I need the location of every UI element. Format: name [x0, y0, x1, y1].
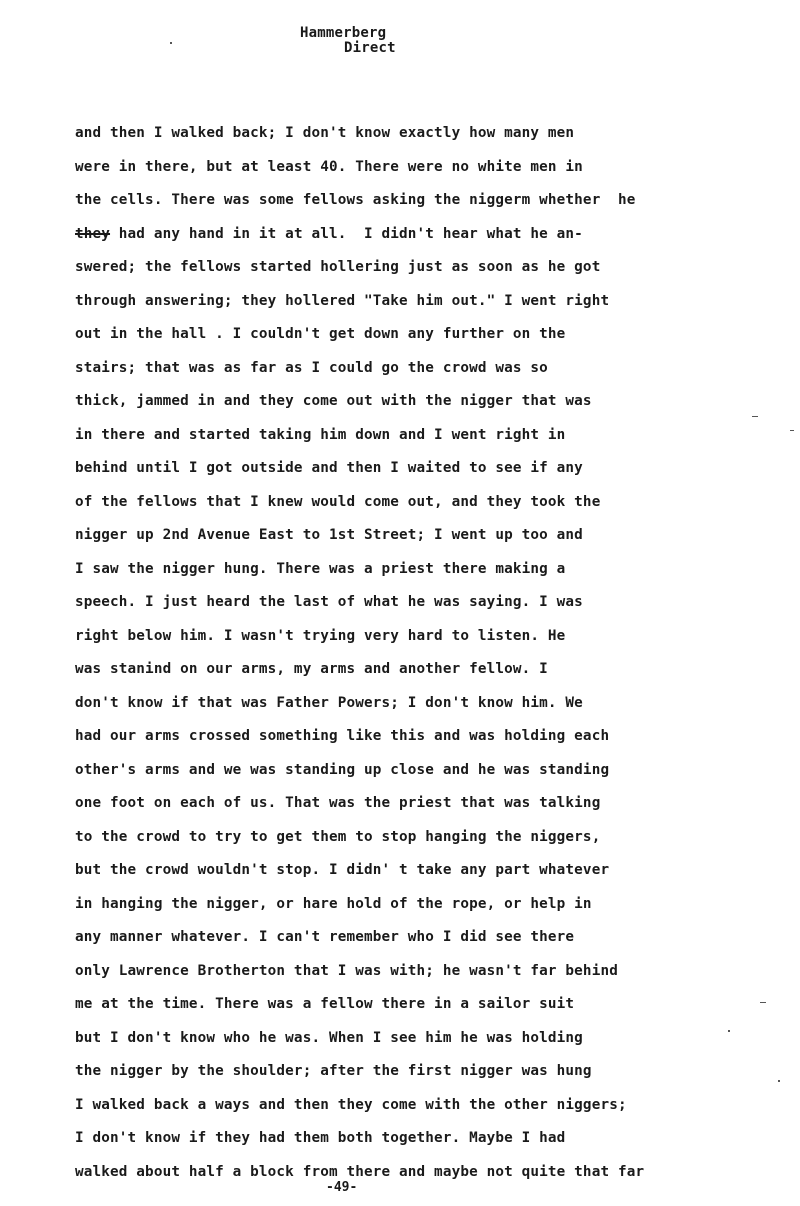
text-line: don't know if that was Father Powers; I … — [75, 693, 795, 727]
text-line: of the fellows that I knew would come ou… — [75, 492, 795, 526]
text-line: the cells. There was some fellows asking… — [75, 190, 795, 224]
text-line: I walked back a ways and then they come … — [75, 1095, 795, 1129]
witness-name: Hammerberg — [300, 25, 386, 41]
examination-type: Direct — [300, 41, 396, 56]
scan-speck — [170, 42, 172, 44]
scan-speck — [752, 416, 758, 417]
text-line: behind until I got outside and then I wa… — [75, 458, 795, 492]
text-line: I don't know if they had them both toget… — [75, 1128, 795, 1162]
text-line: swered; the fellows started hollering ju… — [75, 257, 795, 291]
text-line: but the crowd wouldn't stop. I didn' t t… — [75, 860, 795, 894]
testimony-body: and then I walked back; I don't know exa… — [75, 123, 795, 1195]
text-line: and then I walked back; I don't know exa… — [75, 123, 795, 157]
scan-speck — [760, 1002, 766, 1003]
page-number: -49- — [326, 1180, 357, 1195]
text-line: thick, jammed in and they come out with … — [75, 391, 795, 425]
text-line: to the crowd to try to get them to stop … — [75, 827, 795, 861]
struck-word: they — [75, 226, 110, 242]
text-line: I saw the nigger hung. There was a pries… — [75, 559, 795, 593]
text-line: only Lawrence Brotherton that I was with… — [75, 961, 795, 995]
text-line: was stanind on our arms, my arms and ano… — [75, 659, 795, 693]
text-line: out in the hall . I couldn't get down an… — [75, 324, 795, 358]
text-line: other's arms and we was standing up clos… — [75, 760, 795, 794]
text-line: the nigger by the shoulder; after the fi… — [75, 1061, 795, 1095]
text-line: but I don't know who he was. When I see … — [75, 1028, 795, 1062]
text-line: any manner whatever. I can't remember wh… — [75, 927, 795, 961]
scan-speck — [778, 1080, 780, 1082]
text-line: one foot on each of us. That was the pri… — [75, 793, 795, 827]
document-page: Hammerberg Direct and then I walked back… — [0, 0, 800, 1206]
scan-speck — [728, 1030, 730, 1032]
page-header: Hammerberg Direct — [300, 26, 396, 56]
text-line: walked about half a block from there and… — [75, 1162, 795, 1196]
text-line: had our arms crossed something like this… — [75, 726, 795, 760]
text-line: were in there, but at least 40. There we… — [75, 157, 795, 191]
text-line: in hanging the nigger, or hare hold of t… — [75, 894, 795, 928]
text-line: me at the time. There was a fellow there… — [75, 994, 795, 1028]
text-line: in there and started taking him down and… — [75, 425, 795, 459]
text-line: nigger up 2nd Avenue East to 1st Street;… — [75, 525, 795, 559]
text-line: stairs; that was as far as I could go th… — [75, 358, 795, 392]
text-line: through answering; they hollered "Take h… — [75, 291, 795, 325]
line-text: had any hand in it at all. I didn't hear… — [110, 226, 583, 242]
text-line: they had any hand in it at all. I didn't… — [75, 224, 795, 258]
text-line: speech. I just heard the last of what he… — [75, 592, 795, 626]
text-line: right below him. I wasn't trying very ha… — [75, 626, 795, 660]
scan-speck — [790, 430, 794, 431]
